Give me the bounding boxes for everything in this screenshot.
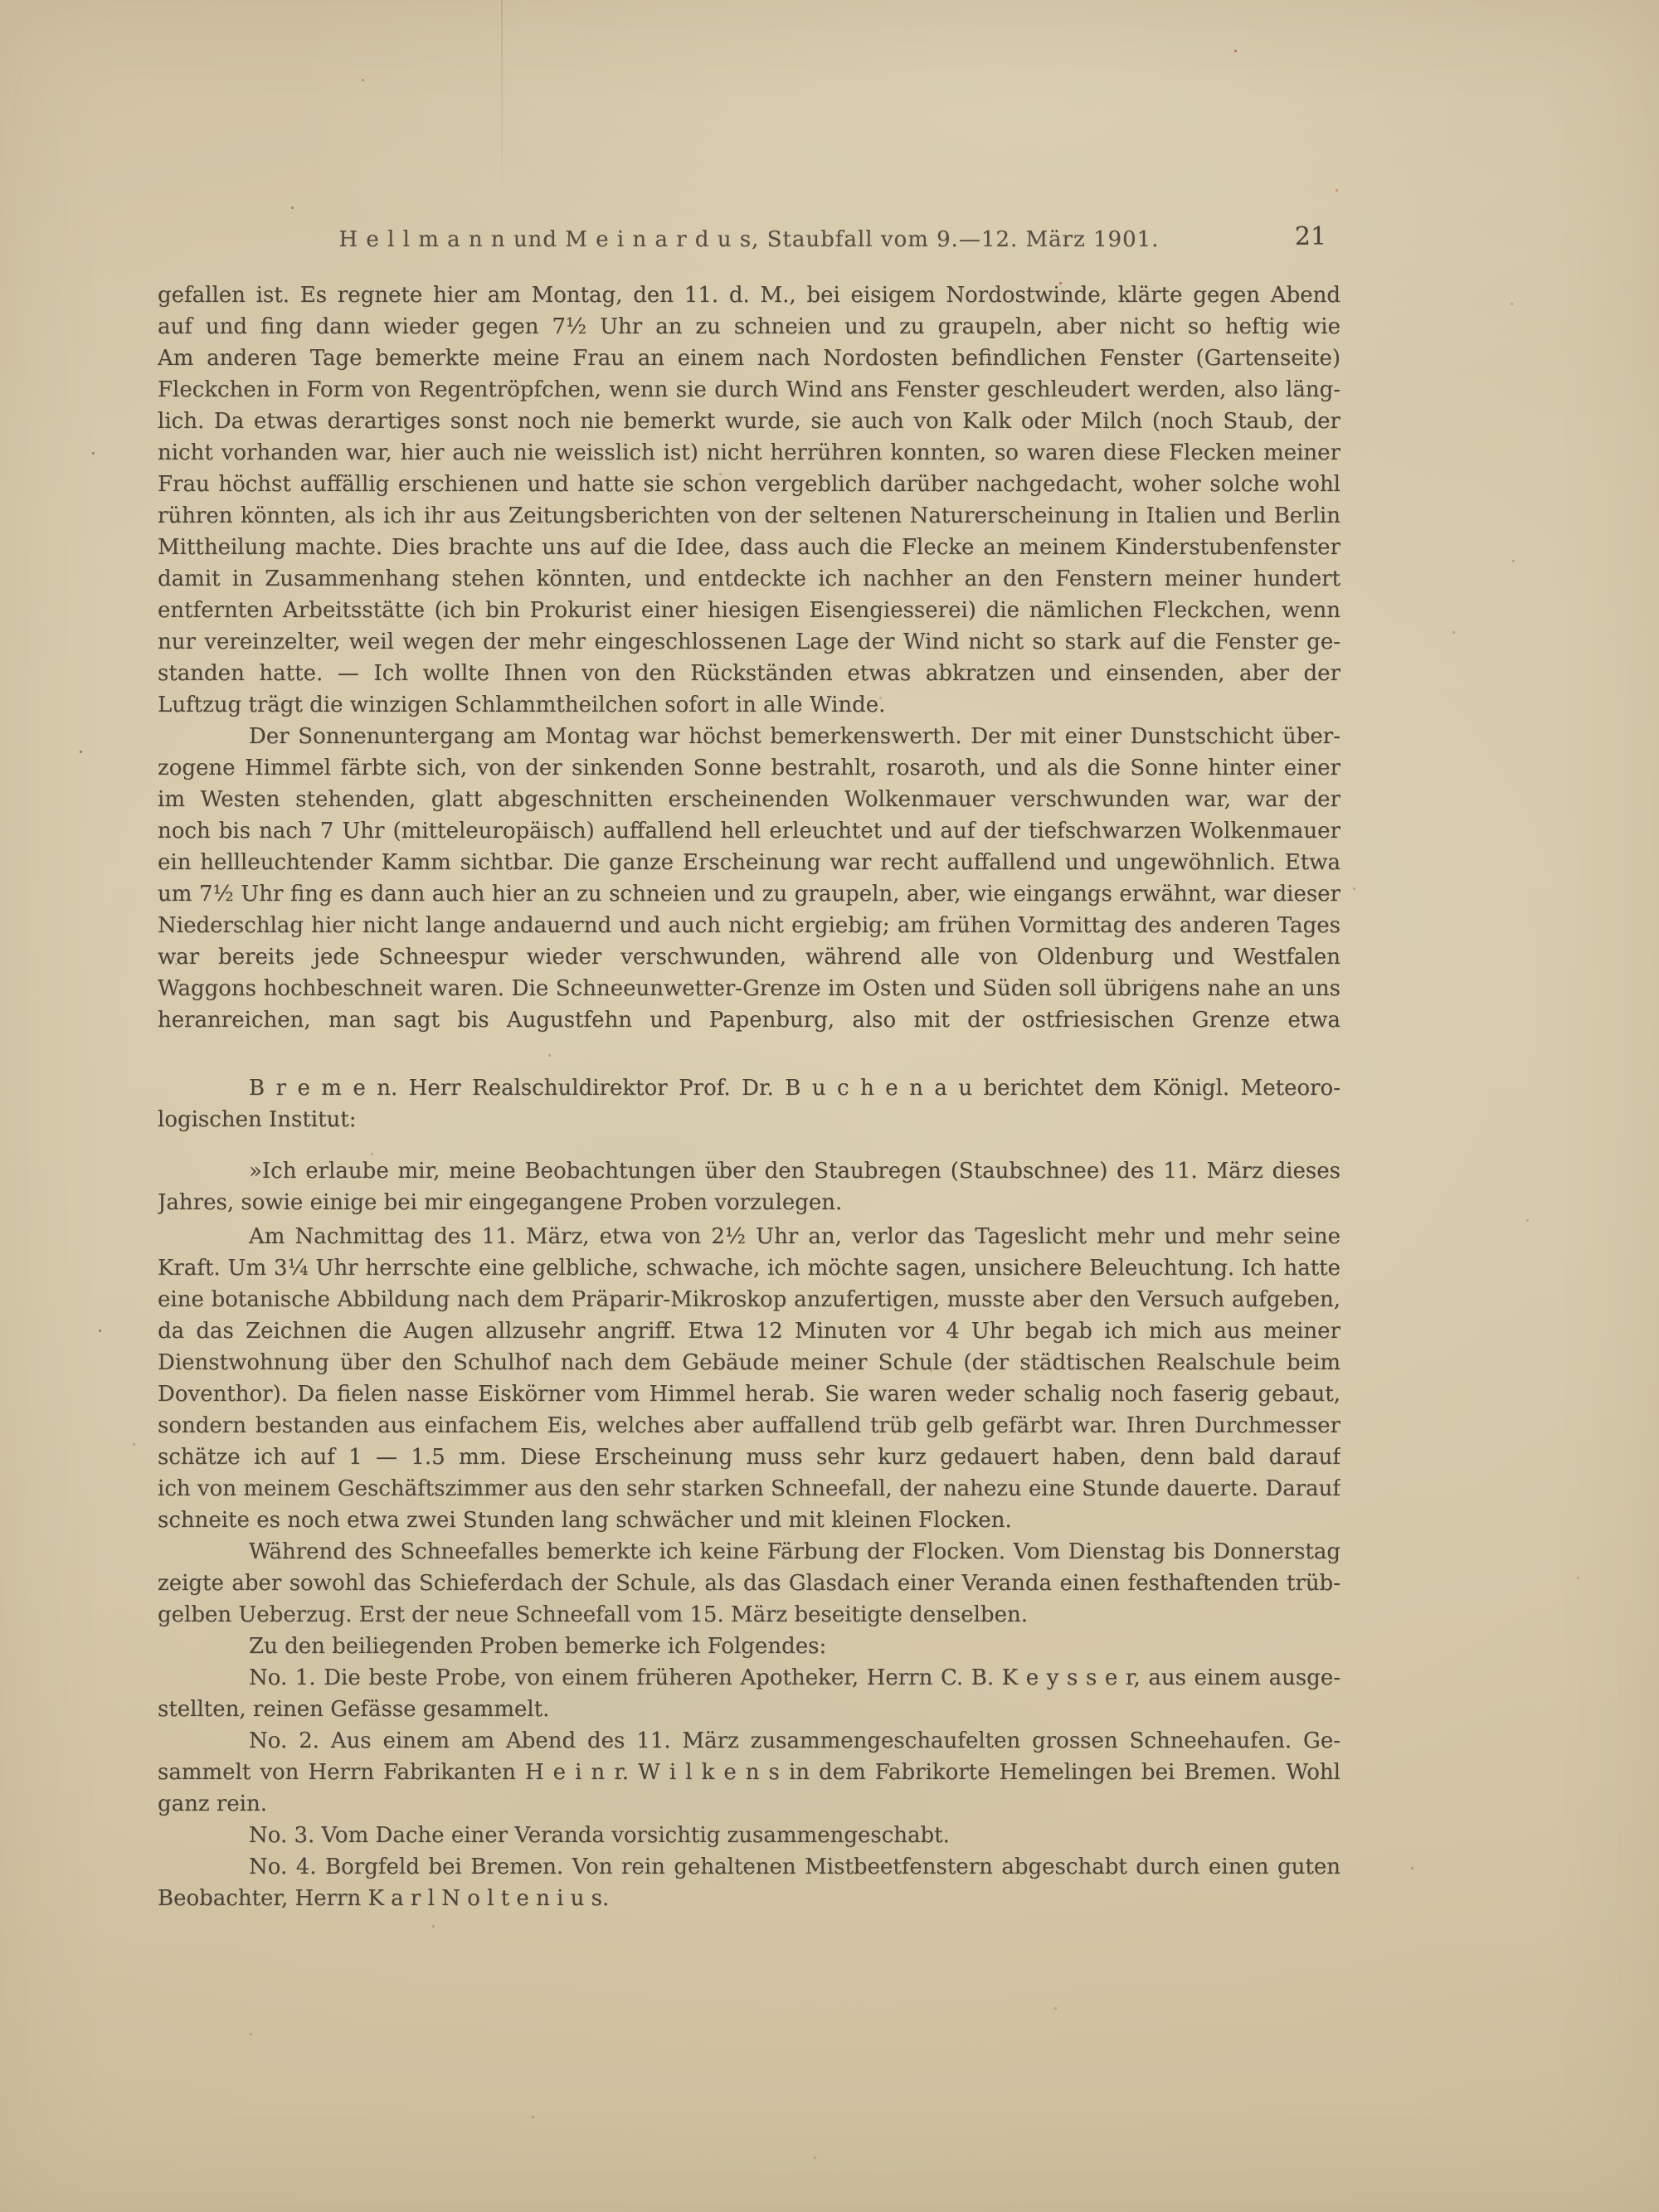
text-line: gelben Ueberzug. Erst der neue Schneefal… bbox=[158, 1599, 1340, 1631]
text-line: standen hatte. — Ich wollte Ihnen von de… bbox=[158, 658, 1340, 689]
paragraph: Während des Schneefalles bemerkte ich ke… bbox=[158, 1536, 1340, 1631]
text-line: auf und fing dann wieder gegen 7¹⁄₂ Uhr … bbox=[158, 311, 1340, 343]
text-line: im Westen stehenden, glatt abgeschnitten… bbox=[158, 784, 1340, 815]
text-line: nicht vorhanden war, hier auch nie weiss… bbox=[158, 437, 1340, 469]
body-text-block: gefallen ist. Es regnete hier am Montag,… bbox=[158, 280, 1340, 1914]
paragraph: B r e m e n. Herr Realschuldirektor Prof… bbox=[158, 1072, 1340, 1135]
text-line: schneite es noch etwa zwei Stunden lang … bbox=[158, 1505, 1340, 1536]
text-line: lich. Da etwas derartiges sonst noch nie… bbox=[158, 406, 1340, 437]
text-line: Waggons hochbeschneit waren. Die Schneeu… bbox=[158, 973, 1340, 1004]
text-line: schätze ich auf 1 — 1.5 mm. Diese Ersche… bbox=[158, 1441, 1340, 1473]
paragraph: Der Sonnenuntergang am Montag war höchst… bbox=[158, 721, 1340, 1036]
text-line: sammelt von Herrn Fabrikanten H e i n r.… bbox=[158, 1757, 1340, 1788]
text-line: um 7¹⁄₂ Uhr fing es dann auch hier an zu… bbox=[158, 878, 1340, 910]
text-line: sondern bestanden aus einfachem Eis, wel… bbox=[158, 1410, 1340, 1441]
text-line: No. 1. Die beste Probe, von einem früher… bbox=[158, 1662, 1340, 1694]
paragraph: No. 2. Aus einem am Abend des 11. März z… bbox=[158, 1725, 1340, 1820]
text-line: Der Sonnenuntergang am Montag war höchst… bbox=[158, 721, 1340, 752]
paragraph: »Ich erlaube mir, meine Beobachtungen üb… bbox=[158, 1155, 1340, 1218]
paragraph: gefallen ist. Es regnete hier am Montag,… bbox=[158, 280, 1340, 721]
text-line: B r e m e n. Herr Realschuldirektor Prof… bbox=[158, 1072, 1340, 1104]
text-line: Kraft. Um 3¹⁄₄ Uhr herrschte eine gelbli… bbox=[158, 1252, 1340, 1284]
paragraph: Am Nachmittag des 11. März, etwa von 2¹⁄… bbox=[158, 1221, 1340, 1536]
page-number: 21 bbox=[1277, 222, 1344, 251]
text-line: No. 3. Vom Dache einer Veranda vorsichti… bbox=[158, 1820, 1340, 1851]
scanned-book-page: H e l l m a n n und M e i n a r d u s, S… bbox=[0, 0, 1659, 2212]
text-line: da das Zeichnen die Augen allzusehr angr… bbox=[158, 1315, 1340, 1347]
text-line: Jahres, sowie einige bei mir eingegangen… bbox=[158, 1187, 1340, 1218]
text-line: war bereits jede Schneespur wieder versc… bbox=[158, 941, 1340, 973]
text-line: Frau höchst auffällig erschienen und hat… bbox=[158, 469, 1340, 500]
text-line: ich von meinem Geschäftszimmer aus den s… bbox=[158, 1473, 1340, 1505]
text-line: Am Nachmittag des 11. März, etwa von 2¹⁄… bbox=[158, 1221, 1340, 1252]
text-line: ein hellleuchtender Kamm sichtbar. Die g… bbox=[158, 847, 1340, 878]
text-line: No. 4. Borgfeld bei Bremen. Von rein geh… bbox=[158, 1851, 1340, 1883]
paragraph: Zu den beiliegenden Proben bemerke ich F… bbox=[158, 1631, 1340, 1662]
paper-texture-speckles bbox=[0, 0, 1, 1]
running-header: H e l l m a n n und M e i n a r d u s, S… bbox=[158, 227, 1340, 252]
text-line: No. 2. Aus einem am Abend des 11. März z… bbox=[158, 1725, 1340, 1757]
text-line: Während des Schneefalles bemerkte ich ke… bbox=[158, 1536, 1340, 1568]
text-line: noch bis nach 7 Uhr (mitteleuropäisch) a… bbox=[158, 815, 1340, 847]
text-line: nur vereinzelter, weil wegen der mehr ei… bbox=[158, 626, 1340, 658]
text-line: Mittheilung machte. Dies brachte uns auf… bbox=[158, 532, 1340, 563]
text-line: ganz rein. bbox=[158, 1788, 1340, 1820]
text-line: Am anderen Tage bemerkte meine Frau an e… bbox=[158, 343, 1340, 374]
text-line: Fleckchen in Form von Regentröpfchen, we… bbox=[158, 374, 1340, 406]
text-line: zogene Himmel färbte sich, von der sinke… bbox=[158, 752, 1340, 784]
text-line: eine botanische Abbildung nach dem Präpa… bbox=[158, 1284, 1340, 1315]
text-line: entfernten Arbeitsstätte (ich bin Prokur… bbox=[158, 595, 1340, 626]
text-line: gefallen ist. Es regnete hier am Montag,… bbox=[158, 280, 1340, 311]
paragraph: No. 1. Die beste Probe, von einem früher… bbox=[158, 1662, 1340, 1725]
text-line: heranreichen, man sagt bis Augustfehn un… bbox=[158, 1004, 1340, 1036]
text-line: Niederschlag hier nicht lange andauernd … bbox=[158, 910, 1340, 941]
paragraph: No. 4. Borgfeld bei Bremen. Von rein geh… bbox=[158, 1851, 1340, 1914]
text-line: Luftzug trägt die winzigen Schlammtheilc… bbox=[158, 689, 1340, 721]
text-line: Beobachter, Herrn K a r l N o l t e n i … bbox=[158, 1883, 1340, 1914]
text-line: stellten, reinen Gefässe gesammelt. bbox=[158, 1694, 1340, 1725]
text-line: »Ich erlaube mir, meine Beobachtungen üb… bbox=[158, 1155, 1340, 1187]
text-line: damit in Zusammenhang stehen könnten, un… bbox=[158, 563, 1340, 595]
paper-fold-line bbox=[501, 0, 503, 209]
text-line: Doventhor). Da fielen nasse Eiskörner vo… bbox=[158, 1378, 1340, 1410]
text-line: logischen Institut: bbox=[158, 1104, 1340, 1135]
paragraph: No. 3. Vom Dache einer Veranda vorsichti… bbox=[158, 1820, 1340, 1851]
text-line: rühren könnten, als ich ihr aus Zeitungs… bbox=[158, 500, 1340, 532]
running-header-title: H e l l m a n n und M e i n a r d u s, S… bbox=[338, 227, 1159, 252]
text-line: Dienstwohnung über den Schulhof nach dem… bbox=[158, 1347, 1340, 1378]
text-line: zeigte aber sowohl das Schieferdach der … bbox=[158, 1568, 1340, 1599]
text-line: Zu den beiliegenden Proben bemerke ich F… bbox=[158, 1631, 1340, 1662]
